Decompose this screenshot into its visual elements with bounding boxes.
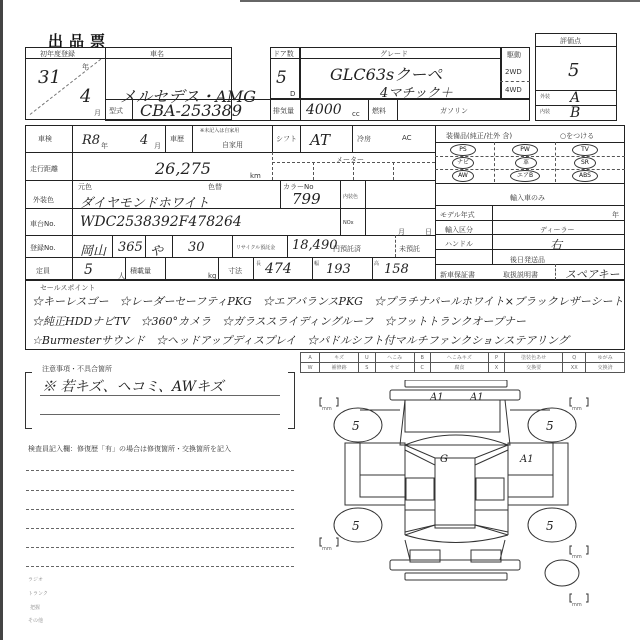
meter-label: メーター — [336, 155, 364, 165]
equip-tv: TV — [572, 144, 598, 156]
scan-edge — [0, 0, 3, 640]
displacement-label: 排気量 — [273, 106, 294, 116]
svg-text:mm: mm — [322, 406, 332, 412]
shift-value: AT — [310, 131, 330, 149]
damage-mark-right-door: A1 — [519, 454, 534, 465]
inspection-label: 車検 — [38, 134, 52, 144]
model-label: 型式 — [109, 106, 123, 116]
chassis-value: WDC2538392F478264 — [80, 214, 242, 230]
damage-mark-front-left: A1 — [429, 392, 444, 403]
drive-4wd: 4WD — [505, 86, 522, 94]
grade-label: グレード — [380, 49, 408, 59]
length-value: 474 — [265, 261, 292, 277]
chassis-label: 車台No. — [30, 219, 56, 229]
recycle-label: リサイクル預託金 — [236, 244, 275, 251]
equip-pw: PW — [512, 144, 538, 156]
tire-score-fl: 5 — [352, 419, 360, 433]
capacity-label: 定員 — [36, 266, 50, 276]
fuel-label: 燃料 — [372, 106, 386, 116]
plate-number: 30 — [188, 240, 205, 255]
recycle-status: 未預託 — [399, 244, 420, 254]
plate-class: 365 — [118, 240, 143, 255]
sales-point-line-3: ☆Burmesterサウンド ☆ヘッドアップディスプレイ ☆パドルシフト付マルチ… — [32, 332, 569, 348]
aircon-label: 冷房 — [357, 134, 371, 144]
usage-label: 車歴 — [170, 134, 184, 144]
remarks-value: ※ 若キズ、ヘコミ、AWキズ — [42, 376, 224, 396]
shift-label: シフト — [276, 134, 297, 144]
svg-text:mm: mm — [572, 554, 582, 560]
usage-value: 自家用 — [222, 140, 243, 150]
doors-value: 5 — [276, 68, 287, 88]
load-label: 積載量 — [130, 266, 151, 276]
equipment-note: ○をつける — [560, 131, 594, 141]
import-header: 輸入車のみ — [510, 193, 545, 203]
sales-point-line-1: ☆キーレスゴー ☆レーダーセーフティPKG ☆エアバランスPKG ☆プラチナパー… — [32, 293, 624, 309]
car-damage-diagram: A1 A1 G A1 5 5 5 5 mm mm mm mm mm — [300, 380, 640, 640]
equip-navi: ナビ — [452, 157, 474, 169]
svg-text:mm: mm — [322, 546, 332, 552]
overall-score: 5 — [568, 60, 579, 81]
first-registration-month: 4 — [80, 86, 91, 107]
remarks-label: 注意事項・不具合箇所 — [42, 364, 112, 374]
equip-leather: 革 — [515, 157, 537, 169]
inspection-value: R8 — [82, 133, 100, 148]
inspection-month: 4 — [140, 133, 148, 148]
score-label: 評価点 — [560, 36, 581, 46]
fuel-value: ガソリン — [440, 106, 468, 116]
equip-ps: PS — [450, 144, 476, 156]
equip-airbag: エアB — [510, 170, 540, 182]
sales-point-line-2: ☆純正HDDナビTV ☆360°カメラ ☆ガラススライディングルーフ ☆フットト… — [32, 313, 526, 329]
sales-points-label: セールスポイント — [40, 283, 95, 293]
capacity-value: 5 — [84, 262, 93, 278]
model-value: CBA-253389 — [140, 101, 242, 120]
equipment-header: 装備品(純正/社外 含) — [446, 131, 512, 141]
tire-score-rr: 5 — [546, 519, 554, 533]
drive-2wd: 2WD — [505, 68, 522, 76]
damage-mark-front-right: A1 — [469, 392, 484, 403]
car-name-label: 車名 — [150, 49, 164, 59]
aircon-value: AC — [402, 134, 412, 142]
color-label: 外装色 — [33, 195, 54, 205]
recycle-value: 18,490 — [292, 238, 338, 253]
mileage-label: 走行距離 — [30, 164, 58, 174]
dimensions-label: 寸法 — [228, 266, 242, 276]
height-value: 158 — [384, 262, 409, 277]
doors-label: ドア数 — [273, 49, 294, 59]
damage-mark-windshield: G — [440, 454, 448, 465]
first-registration-year: 31 — [38, 67, 61, 88]
tire-score-fr: 5 — [546, 419, 554, 433]
interior-score: B — [570, 105, 580, 121]
inspector-label: 検査員記入欄：修復歴「有」の場合は修復箇所・交換箇所を記入 — [28, 444, 231, 454]
handle-value: 右 — [550, 236, 562, 253]
svg-text:mm: mm — [572, 406, 582, 412]
color-no-value: 799 — [292, 190, 321, 208]
mileage-value: 26,275 — [155, 159, 211, 178]
tire-score-rl: 5 — [352, 519, 360, 533]
equip-abs: ABS — [572, 170, 598, 182]
exterior-score: A — [570, 90, 580, 106]
plate-label: 登録No. — [30, 243, 56, 253]
width-value: 193 — [326, 262, 351, 277]
displacement-value: 4000 — [306, 102, 342, 118]
svg-text:mm: mm — [572, 602, 582, 608]
scan-edge-top — [240, 0, 640, 2]
equip-aw: AW — [452, 170, 474, 182]
equip-sr: SR — [574, 157, 596, 169]
damage-legend: Aキズ Uへこみ Bへこみキズ P塗装色あせ Qゆがみ W補修跡 Sサビ C腐食… — [300, 352, 625, 373]
first-registration-label: 初年度登録 — [40, 49, 75, 59]
